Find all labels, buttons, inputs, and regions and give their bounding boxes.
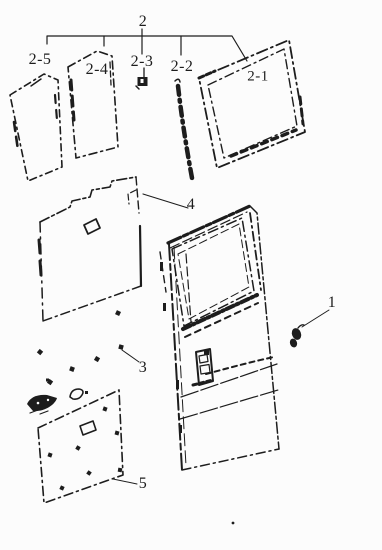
part-2-3-clip (136, 68, 148, 89)
part-2-2-guide-strip (175, 79, 192, 178)
door-shell-assembly (160, 206, 279, 470)
door-lock-mechanism (193, 349, 213, 385)
callout-label-2: 2 (139, 14, 148, 30)
leader-line-4 (143, 194, 188, 208)
callout-label-1: 1 (328, 295, 337, 311)
part-3-fastener-clips (37, 310, 124, 385)
door-exploded-diagram-canvas (0, 0, 382, 550)
part-5-trim-panel (38, 390, 123, 503)
callout-label-2-2: 2-2 (171, 59, 194, 75)
callout-label-3: 3 (139, 360, 148, 376)
callout-label-2-1: 2-1 (247, 70, 269, 85)
part-4-inner-panel (39, 177, 141, 321)
callout-label-4: 4 (187, 197, 196, 213)
callout-label-2-3: 2-3 (131, 54, 154, 70)
leader-line-1 (302, 310, 329, 327)
leader-line-3 (122, 350, 139, 362)
callout-label-5: 5 (139, 476, 148, 492)
scan-speck (232, 522, 235, 525)
part-1-handle-knob (289, 325, 304, 349)
part-2-5-seal-panel (10, 74, 62, 181)
callout-label-2-5: 2-5 (29, 52, 52, 68)
parts-diagram-page: 2 2-5 2-4 2-3 2-2 2-1 4 3 1 5 (0, 0, 382, 550)
leader-line-5 (113, 479, 137, 484)
part-2-1-window-frame (199, 40, 305, 168)
callout-label-2-4: 2-4 (86, 62, 109, 78)
